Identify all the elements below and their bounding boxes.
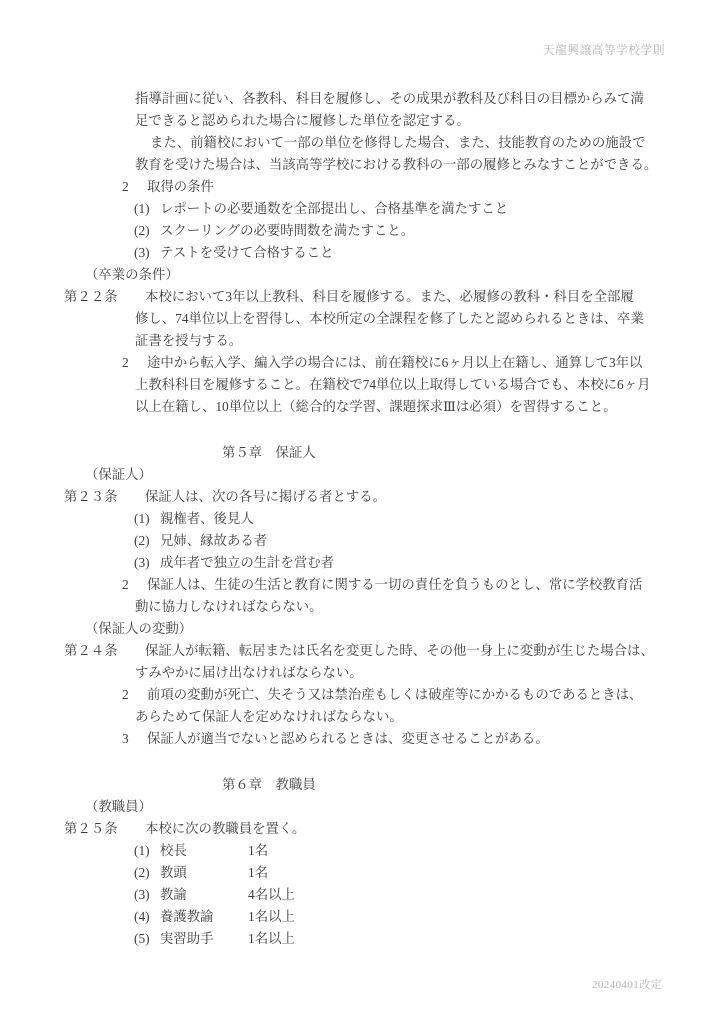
text-line: 上教科科目を履修すること。在籍校で74単位以上取得している場合でも、本校に6ヶ月 xyxy=(0,374,724,396)
staff-row: (1)校長1名 xyxy=(0,840,724,862)
article-number: 第２４条 xyxy=(64,640,145,662)
line-text: （保証人の変動） xyxy=(85,621,192,636)
line-text: 取得の条件 xyxy=(147,179,214,194)
text-line: 動に協力しなければならない。 xyxy=(0,596,724,618)
item-line: (1)レポートの必要通数を全部提出し、合格基準を満たすこと xyxy=(0,198,724,220)
clause-number: 2 xyxy=(122,352,147,374)
staff-count: 1名以上 xyxy=(248,909,295,924)
section-caption: （卒業の条件） xyxy=(0,264,724,286)
staff-count: 1名以上 xyxy=(248,931,295,946)
article-line: 第２２条本校において3年以上教科、科目を履修する。また、必履修の教科・科目を全部… xyxy=(0,286,724,308)
article-number: 第２２条 xyxy=(64,286,145,308)
staff-item-number: (3) xyxy=(134,884,160,906)
item-number: (1) xyxy=(134,198,160,220)
clause-line: 3保証人が適当でないと認められるときは、変更させることがある。 xyxy=(0,728,724,750)
article-number: 第２５条 xyxy=(64,818,145,840)
section-caption: （保証人の変動） xyxy=(0,618,724,640)
line-text: （卒業の条件） xyxy=(85,267,179,282)
document-page: 天龍興譲高等学校学則 指導計画に従い、各教科、科目を履修し、その成果が教科及び科… xyxy=(0,0,724,1024)
staff-title: 養護教諭 xyxy=(160,906,248,928)
staff-title: 教頭 xyxy=(160,862,248,884)
line-text: 成年者で独立の生計を営む者 xyxy=(160,555,334,570)
text-line: あらためて保証人を定めなければならない。 xyxy=(0,706,724,728)
text-line: 教育を受けた場合は、当該高等学校における教科の一部の履修とみなすことができる。 xyxy=(0,154,724,176)
text-line: 修し、74単位以上を習得し、本校所定の全課程を修了したと認められるときは、卒業 xyxy=(0,308,724,330)
line-text: また、前籍校において一部の単位を修得した場合、また、技能教育のための施設で xyxy=(150,135,645,150)
staff-row: (2)教頭1名 xyxy=(0,862,724,884)
staff-item-number: (5) xyxy=(134,928,160,950)
chapter-heading: 第６章 教職員 xyxy=(0,774,724,796)
text-line: 以上在籍し、10単位以上（総合的な学習、課題探求Ⅲは必須）を習得すること。 xyxy=(0,396,724,418)
item-number: (2) xyxy=(134,220,160,242)
line-text: 保証人が転籍、転居または氏名を変更した時、その他一身上に変動が生じた場合は、 xyxy=(145,643,654,658)
staff-title: 実習助手 xyxy=(160,928,248,950)
item-line: (2)兄姉、縁故ある者 xyxy=(0,530,724,552)
clause-number: 3 xyxy=(122,728,147,750)
article-number: 第２３条 xyxy=(64,486,145,508)
line-text: （保証人） xyxy=(85,467,152,482)
revision-note: 20240401改定 xyxy=(592,976,662,992)
line-text: 保証人が適当でないと認められるときは、変更させることがある。 xyxy=(147,731,549,746)
section-caption: （教職員） xyxy=(0,796,724,818)
section-caption: （保証人） xyxy=(0,464,724,486)
article-line: 第２５条本校に次の教職員を置く。 xyxy=(0,818,724,840)
chapter-heading: 第５章 保証人 xyxy=(0,442,724,464)
line-text: 本校に次の教職員を置く。 xyxy=(145,821,305,836)
line-text: 前項の変動が死亡、失そう又は禁治産もしくは破産等にかかるものであるときは、 xyxy=(147,687,642,702)
article-line: 第２４条保証人が転籍、転居または氏名を変更した時、その他一身上に変動が生じた場合… xyxy=(0,640,724,662)
staff-row: (5)実習助手1名以上 xyxy=(0,928,724,950)
item-number: (2) xyxy=(134,530,160,552)
staff-item-number: (4) xyxy=(134,906,160,928)
line-text: （教職員） xyxy=(85,799,152,814)
line-text: 第５章 保証人 xyxy=(222,445,316,460)
line-text: 保証人は、次の各号に掲げる者とする。 xyxy=(145,489,386,504)
line-text: レポートの必要通数を全部提出し、合格基準を満たすこと xyxy=(160,201,508,216)
line-text: スクーリングの必要時間数を満たすこと。 xyxy=(160,223,414,238)
staff-item-number: (1) xyxy=(134,840,160,862)
text-line: また、前籍校において一部の単位を修得した場合、また、技能教育のための施設で xyxy=(0,132,724,154)
item-number: (3) xyxy=(134,242,160,264)
staff-row: (4)養護教諭1名以上 xyxy=(0,906,724,928)
clause-line: 2途中から転入学、編入学の場合には、前在籍校に6ヶ月以上在籍し、通算して3年以 xyxy=(0,352,724,374)
staff-title: 教諭 xyxy=(160,884,248,906)
clause-line: 2前項の変動が死亡、失そう又は禁治産もしくは破産等にかかるものであるときは、 xyxy=(0,684,724,706)
line-text: 親権者、後見人 xyxy=(160,511,254,526)
item-line: (3)成年者で独立の生計を営む者 xyxy=(0,552,724,574)
page-header-title: 天龍興譲高等学校学則 xyxy=(543,42,665,58)
article-line: 第２３条保証人は、次の各号に掲げる者とする。 xyxy=(0,486,724,508)
line-text: 動に協力しなければならない。 xyxy=(135,599,322,614)
line-text: すみやかに届け出なければならない。 xyxy=(135,665,363,680)
item-line: (3)テストを受けて合格すること xyxy=(0,242,724,264)
line-text: 足できると認められた場合に履修した単位を認定する。 xyxy=(135,113,470,128)
text-line: 指導計画に従い、各教科、科目を履修し、その成果が教科及び科目の目標からみて満 xyxy=(0,88,724,110)
line-text: 途中から転入学、編入学の場合には、前在籍校に6ヶ月以上在籍し、通算して3年以 xyxy=(147,355,642,370)
staff-title: 校長 xyxy=(160,840,248,862)
clause-line: 2取得の条件 xyxy=(0,176,724,198)
clause-number: 2 xyxy=(122,684,147,706)
line-text: テストを受けて合格すること xyxy=(160,245,334,260)
line-text: 第６章 教職員 xyxy=(222,777,316,792)
staff-count: 1名 xyxy=(248,865,268,880)
staff-row: (3)教諭4名以上 xyxy=(0,884,724,906)
clause-line: 2保証人は、生徒の生活と教育に関する一切の責任を負うものとし、常に学校教育活 xyxy=(0,574,724,596)
text-line: すみやかに届け出なければならない。 xyxy=(0,662,724,684)
item-line: (2)スクーリングの必要時間数を満たすこと。 xyxy=(0,220,724,242)
line-text: 証書を授与する。 xyxy=(135,333,242,348)
item-line: (1)親権者、後見人 xyxy=(0,508,724,530)
line-text: 教育を受けた場合は、当該高等学校における教科の一部の履修とみなすことができる。 xyxy=(135,157,657,172)
staff-count: 1名 xyxy=(248,843,268,858)
line-text: あらためて保証人を定めなければならない。 xyxy=(135,709,403,724)
line-text: 修し、74単位以上を習得し、本校所定の全課程を修了したと認められるときは、卒業 xyxy=(135,311,644,326)
staff-count: 4名以上 xyxy=(248,887,295,902)
line-text: 保証人は、生徒の生活と教育に関する一切の責任を負うものとし、常に学校教育活 xyxy=(147,577,642,592)
clause-number: 2 xyxy=(122,574,147,596)
line-text: 本校において3年以上教科、科目を履修する。また、必履修の教科・科目を全部履 xyxy=(145,289,634,304)
clause-number: 2 xyxy=(122,176,147,198)
line-text: 以上在籍し、10単位以上（総合的な学習、課題探求Ⅲは必須）を習得すること。 xyxy=(135,399,617,414)
line-text: 上教科科目を履修すること。在籍校で74単位以上取得している場合でも、本校に6ヶ月 xyxy=(135,377,651,392)
text-line: 証書を授与する。 xyxy=(0,330,724,352)
text-line: 足できると認められた場合に履修した単位を認定する。 xyxy=(0,110,724,132)
item-number: (1) xyxy=(134,508,160,530)
line-text: 指導計画に従い、各教科、科目を履修し、その成果が教科及び科目の目標からみて満 xyxy=(135,91,644,106)
line-text: 兄姉、縁故ある者 xyxy=(160,533,267,548)
staff-item-number: (2) xyxy=(134,862,160,884)
item-number: (3) xyxy=(134,552,160,574)
document-lines: 指導計画に従い、各教科、科目を履修し、その成果が教科及び科目の目標からみて満足で… xyxy=(0,88,724,950)
